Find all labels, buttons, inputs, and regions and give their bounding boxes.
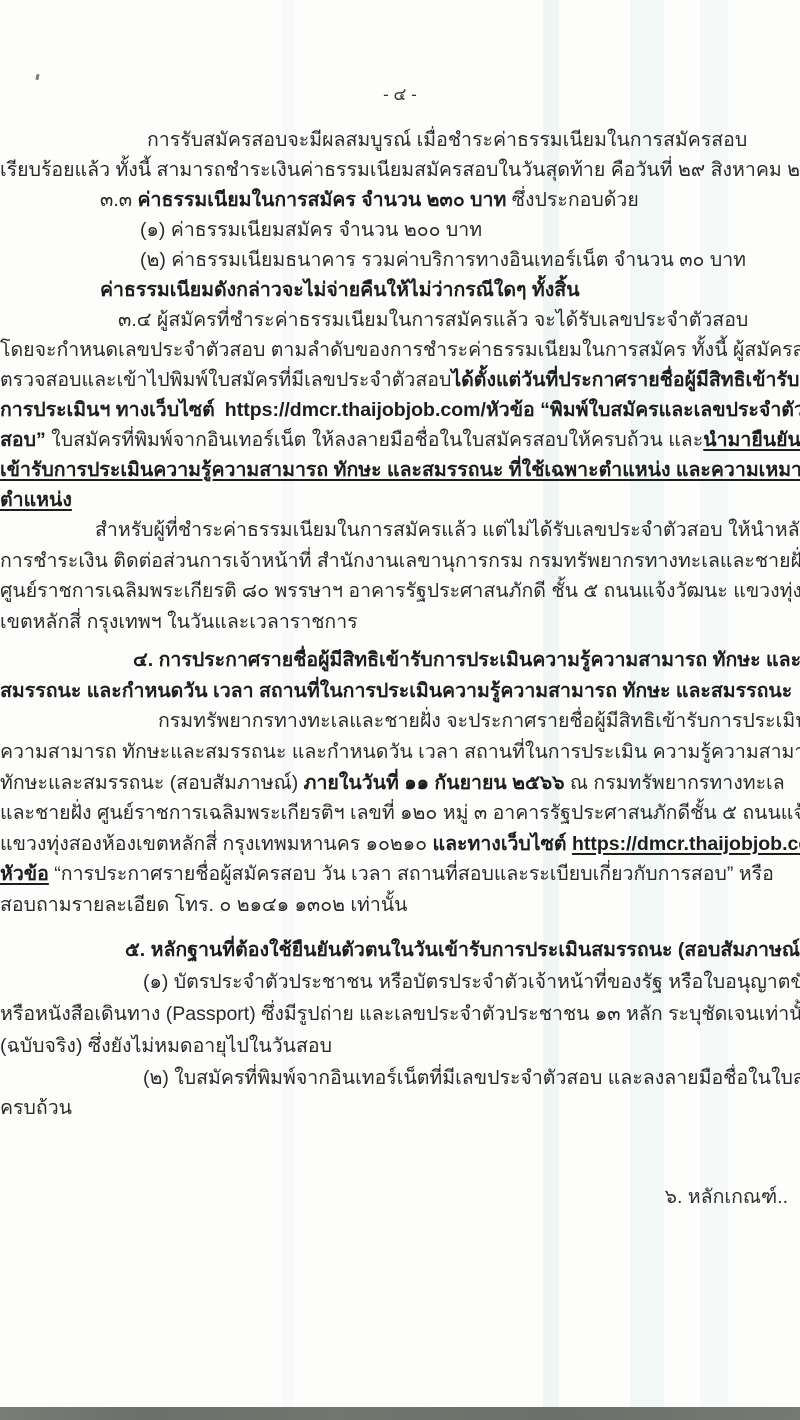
fee-item-text: (๒) ค่าธรรมเนียมธนาคาร รวมค่าบริการทางอิ…: [140, 249, 746, 271]
paragraph-text: และชายฝั่ง ศูนย์ราชการเฉลิมพระเกียรติฯ เ…: [0, 802, 800, 824]
emphasis-text: และทางเว็บไซต์: [433, 833, 572, 855]
phone-line-text: สอบถามรายละเอียด โทร. ๐ ๒๑๔๑ ๑๓๐๒ เท่านั…: [0, 894, 408, 916]
paragraph-text: (๒) ใบสมัครที่พิมพ์จากอินเทอร์เน็ตที่มีเ…: [143, 1067, 800, 1089]
emphasis-text: หัวข้อ “พิมพ์ใบสมัครและเลขประจำตัว: [486, 399, 800, 421]
scan-bottom-edge-bar: [0, 1407, 800, 1420]
evidence-item: (๒) ใบสมัครที่พิมพ์จากอินเทอร์เน็ตที่มีเ…: [0, 1063, 800, 1093]
body-line: เข้ารับการประเมินความรู้ความสามารถ ทักษะ…: [0, 455, 800, 485]
body-line: แขวงทุ่งสองห้องเขตหลักสี่ กรุงเทพมหานคร …: [0, 829, 800, 859]
paragraph-text: ครบถ้วน: [0, 1097, 72, 1119]
body-line: กรมทรัพยากรทางทะเลและชายฝั่ง จะประกาศราย…: [0, 706, 800, 736]
paragraph-text: ๓.๔ ผู้สมัครที่ชำระค่าธรรมเนียมในการสมัค…: [118, 309, 748, 331]
body-line: หรือหนังสือเดินทาง (Passport) ซึ่งมีรูปถ…: [0, 999, 800, 1029]
body-line: ครบถ้วน: [0, 1093, 800, 1123]
clause-tail: ซึ่งประกอบด้วย: [512, 189, 639, 211]
paragraph-text: (๑) บัตรประจำตัวประชาชน หรือบัตรประจำตัว…: [143, 971, 800, 993]
clause-3-3-line: ๓.๓ ค่าธรรมเนียมในการสมัคร จำนวน ๒๓๐ บาท…: [0, 185, 800, 215]
emphasis-text: ได้ตั้งแต่วันที่ประกาศรายชื่อผู้มีสิทธิเ…: [451, 369, 799, 391]
paragraph-text: หรือหนังสือเดินทาง (Passport) ซึ่งมีรูปถ…: [0, 1003, 800, 1025]
body-line: ความสามารถ ทักษะและสมรรถนะ และกำหนดวัน เ…: [0, 737, 800, 767]
body-line: ตรวจสอบและเข้าไปพิมพ์ใบสมัครที่มีเลขประจ…: [0, 365, 800, 395]
emphasis-text: การประเมินฯ ทางเว็บไซต์: [0, 399, 215, 421]
paragraph-text: โดยจะกำหนดเลขประจำตัวสอบ ตามลำดับของการช…: [0, 339, 800, 361]
body-line: ตำแหน่ง: [0, 485, 800, 515]
body-line: เรียบร้อยแล้ว ทั้งนี้ สามารถชำระเงินค่าธ…: [0, 155, 800, 185]
website-url: https://dmcr.thaijobjob.com/: [572, 833, 800, 855]
scanned-document-page: - ๔ - การรับสมัครสอบจะมีผลสมบูรณ์ เมื่อช…: [0, 0, 800, 1420]
paragraph-text: ตรวจสอบและเข้าไปพิมพ์ใบสมัครที่มีเลขประจ…: [0, 369, 451, 391]
paragraph-text: ใบสมัครที่พิมพ์จากอินเทอร์เน็ต ให้ลงลายม…: [51, 429, 703, 451]
paragraph-text: ความสามารถ ทักษะและสมรรถนะ และกำหนดวัน เ…: [0, 741, 800, 763]
body-line: หัวข้อ “การประกาศรายชื่อผู้สมัครสอบ วัน …: [0, 859, 800, 889]
body-line: การรับสมัครสอบจะมีผลสมบูรณ์ เมื่อชำระค่า…: [0, 125, 800, 155]
underlined-emphasis: ตำแหน่ง: [0, 489, 72, 511]
body-line: สอบถามรายละเอียด โทร. ๐ ๒๑๔๑ ๑๓๐๒ เท่านั…: [0, 890, 800, 920]
section-5-heading: ๕. หลักฐานที่ต้องใช้ยืนยันตัวตนในวันเข้า…: [0, 935, 800, 965]
paragraph-text: ณ กรมทรัพยากรทางทะเล: [570, 772, 785, 794]
body-line: สำหรับผู้ที่ชำระค่าธรรมเนียมในการสมัครแล…: [0, 515, 800, 545]
page-continuation-marker: ๖. หลักเกณฑ์..: [0, 1182, 788, 1212]
fee-item-text: (๑) ค่าธรรมเนียมสมัคร จำนวน ๒๐๐ บาท: [140, 219, 482, 241]
no-refund-note-text: ค่าธรรมเนียมดังกล่าวจะไม่จ่ายคืนให้ไม่ว่…: [100, 279, 580, 301]
paragraph-text: ทักษะและสมรรถนะ (สอบสัมภาษณ์): [0, 772, 304, 794]
paragraph-text: กรมทรัพยากรทางทะเลและชายฝั่ง จะประกาศราย…: [158, 710, 800, 732]
no-refund-note: ค่าธรรมเนียมดังกล่าวจะไม่จ่ายคืนให้ไม่ว่…: [0, 275, 800, 305]
section-4-heading: สมรรถนะ และกำหนดวัน เวลา สถานที่ในการประ…: [0, 676, 800, 706]
body-line: ศูนย์ราชการเฉลิมพระเกียรติ ๘๐ พรรษาฯ อาค…: [0, 576, 800, 606]
paragraph-text: เรียบร้อยแล้ว ทั้งนี้ สามารถชำระเงินค่าธ…: [0, 159, 800, 181]
paragraph-text: “การประกาศรายชื่อผู้สมัครสอบ วัน เวลา สถ…: [49, 863, 774, 885]
clause-title: ค่าธรรมเนียมในการสมัคร จำนวน ๒๓๐ บาท: [138, 189, 512, 211]
body-line: การชำระเงิน ติดต่อส่วนการเจ้าหน้าที่ สำน…: [0, 546, 800, 576]
fee-item: (๑) ค่าธรรมเนียมสมัคร จำนวน ๒๐๐ บาท: [0, 215, 800, 245]
underlined-emphasis: เข้ารับการประเมินความรู้ความสามารถ ทักษะ…: [0, 459, 800, 481]
interview-date-emphasis: ภายในวันที่ ๑๑ กันยายน ๒๕๖๖: [304, 772, 570, 794]
section-heading-text: สมรรถนะ และกำหนดวัน เวลา สถานที่ในการประ…: [0, 680, 792, 702]
evidence-item: (๑) บัตรประจำตัวประชาชน หรือบัตรประจำตัว…: [0, 967, 800, 997]
underlined-emphasis: หัวข้อ: [0, 863, 49, 885]
paragraph-text: ศูนย์ราชการเฉลิมพระเกียรติ ๘๐ พรรษาฯ อาค…: [0, 580, 800, 602]
paragraph-text: แขวงทุ่งสองห้องเขตหลักสี่ กรุงเทพมหานคร …: [0, 833, 433, 855]
body-line: สอบ” ใบสมัครที่พิมพ์จากอินเทอร์เน็ต ให้ล…: [0, 425, 800, 455]
body-line: โดยจะกำหนดเลขประจำตัวสอบ ตามลำดับของการช…: [0, 335, 800, 365]
body-line: เขตหลักสี่ กรุงเทพฯ ในวันและเวลาราชการ: [0, 607, 800, 637]
paragraph-text: การชำระเงิน ติดต่อส่วนการเจ้าหน้าที่ สำน…: [0, 550, 800, 572]
fee-item: (๒) ค่าธรรมเนียมธนาคาร รวมค่าบริการทางอิ…: [0, 245, 800, 275]
website-url: https://dmcr.thaijobjob.com/: [225, 399, 486, 421]
clause-3-4-line: ๓.๔ ผู้สมัครที่ชำระค่าธรรมเนียมในการสมัค…: [0, 305, 800, 335]
underlined-emphasis: นำมายืนยันตัวตนในวัน: [703, 429, 800, 451]
section-heading-text: ๕. หลักฐานที่ต้องใช้ยืนยันตัวตนในวันเข้า…: [125, 939, 800, 961]
paragraph-text: (ฉบับจริง) ซึ่งยังไม่หมดอายุไปในวันสอบ: [0, 1035, 332, 1057]
paragraph-text: การรับสมัครสอบจะมีผลสมบูรณ์ เมื่อชำระค่า…: [147, 129, 747, 151]
page-number: - ๔ -: [0, 80, 800, 110]
body-line: การประเมินฯ ทางเว็บไซต์https://dmcr.thai…: [0, 395, 800, 425]
body-line: (ฉบับจริง) ซึ่งยังไม่หมดอายุไปในวันสอบ: [0, 1031, 800, 1061]
paragraph-text: สำหรับผู้ที่ชำระค่าธรรมเนียมในการสมัครแล…: [95, 519, 800, 541]
body-line: และชายฝั่ง ศูนย์ราชการเฉลิมพระเกียรติฯ เ…: [0, 798, 800, 828]
section-heading-text: ๔. การประกาศรายชื่อผู้มีสิทธิเข้ารับการป…: [133, 649, 800, 671]
paragraph-text: เขตหลักสี่ กรุงเทพฯ ในวันและเวลาราชการ: [0, 611, 358, 633]
body-line: ทักษะและสมรรถนะ (สอบสัมภาษณ์) ภายในวันที…: [0, 768, 800, 798]
emphasis-text: สอบ”: [0, 429, 51, 451]
clause-number: ๓.๓: [100, 189, 138, 211]
section-4-heading: ๔. การประกาศรายชื่อผู้มีสิทธิเข้ารับการป…: [0, 645, 800, 675]
